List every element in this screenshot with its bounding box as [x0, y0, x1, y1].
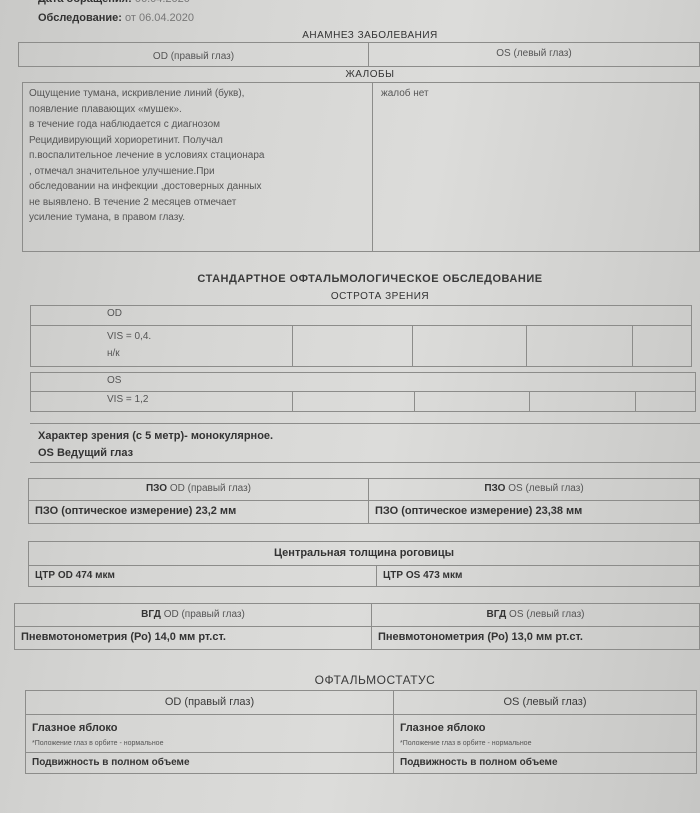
od-complaint-line: усиление тумана, в правом глазу.: [29, 210, 366, 226]
od-acuity-label: OD: [31, 306, 691, 325]
status-od-header: OD (правый глаз): [26, 691, 394, 714]
exam-date-line: Обследование: от 06.04.2020: [38, 12, 194, 24]
od-complaints-cell: Ощущение тумана, искривление линий (букв…: [23, 83, 373, 251]
anamnesis-od-header: OD (правый глаз): [19, 43, 369, 66]
iop-od-header-rest: OD (правый глаз): [164, 609, 245, 620]
os-acuity-table: OS VIS = 1,2: [30, 372, 696, 412]
axial-od-header-bold: ПЗО: [146, 483, 167, 494]
corneal-os-value: ЦТР OS 473 мкм: [377, 566, 699, 586]
visit-date-line: Дата обращения: 06.04.2020: [38, 0, 190, 5]
od-complaint-line: Ощущение тумана, искривление линий (букв…: [29, 86, 366, 102]
visit-date-label: Дата обращения:: [38, 0, 132, 5]
complaints-table: Ощущение тумана, искривление линий (букв…: [22, 82, 700, 252]
status-os-mobility: Подвижность в полном объеме: [394, 753, 696, 773]
iop-os-value: Пневмотонометрия (Ро) 13,0 мм рт.ст.: [372, 627, 699, 649]
anamnesis-title: АНАМНЕЗ ЗАБОЛЕВАНИЯ: [200, 30, 540, 41]
standard-exam-title: СТАНДАРТНОЕ ОФТАЛЬМОЛОГИЧЕСКОЕ ОБСЛЕДОВА…: [120, 273, 620, 285]
exam-date-value: от 06.04.2020: [125, 12, 194, 24]
od-complaint-line: п.воспалительное лечение в условиях стац…: [29, 148, 366, 164]
axial-od-header-rest: OD (правый глаз): [170, 483, 251, 494]
od-complaint-line: , отмечал значительное улучшение.При: [29, 164, 366, 180]
axial-os-header: ПЗО OS (левый глаз): [369, 479, 699, 500]
exam-date-label: Обследование:: [38, 12, 122, 24]
status-od-eyeball-cell: Глазное яблоко *Положение глаз в орбите …: [26, 715, 394, 752]
od-complaint-line: в течение года наблюдается с диагнозом: [29, 117, 366, 133]
os-acuity-empty-cell: [415, 392, 530, 411]
iop-os-header: ВГД OS (левый глаз): [372, 604, 699, 626]
od-acuity-empty-cell: [527, 326, 633, 366]
anamnesis-os-header: OS (левый глаз): [369, 43, 699, 66]
od-acuity-empty-cell: [293, 326, 413, 366]
status-os-header: OS (левый глаз): [394, 691, 696, 714]
od-acuity-value-cell: VIS = 0,4. н/к: [31, 326, 293, 366]
od-complaint-line: Рецидивирующий хориоретинит. Получал: [29, 133, 366, 149]
vision-character-block: Характер зрения (с 5 метр)- монокулярное…: [30, 423, 700, 463]
status-od-mobility: Подвижность в полном объеме: [26, 753, 394, 773]
iop-table: ВГД OD (правый глаз) ВГД OS (левый глаз)…: [14, 603, 700, 650]
axial-os-value: ПЗО (оптическое измерение) 23,38 мм: [369, 501, 699, 523]
od-acuity-empty-cell: [633, 326, 691, 366]
axial-od-header: ПЗО OD (правый глаз): [29, 479, 369, 500]
status-os-position-note: *Положение глаз в орбите - нормальное: [400, 736, 690, 752]
os-vis-value: VIS = 1,2: [31, 392, 293, 411]
iop-od-value: Пневмотонометрия (Ро) 14,0 мм рт.ст.: [15, 627, 372, 649]
od-acuity-table: OD VIS = 0,4. н/к: [30, 305, 692, 367]
os-acuity-label: OS: [31, 373, 695, 391]
od-complaint-line: обследовании на инфекции ,достоверных да…: [29, 179, 366, 195]
iop-od-header: ВГД OD (правый глаз): [15, 604, 372, 626]
os-acuity-empty-cell: [293, 392, 415, 411]
ophthalmostatus-table: OD (правый глаз) OS (левый глаз) Глазное…: [25, 690, 697, 774]
od-acuity-empty-cell: [413, 326, 527, 366]
od-vis-note: н/к: [107, 345, 286, 362]
od-vis-value: VIS = 0,4.: [107, 328, 286, 345]
axial-os-header-rest: OS (левый глаз): [508, 483, 583, 494]
leading-eye: OS Ведущий глаз: [38, 445, 692, 462]
iop-os-header-rest: OS (левый глаз): [509, 609, 584, 620]
corneal-od-value: ЦТР OD 474 мкм: [29, 566, 377, 586]
status-od-eyeball-label: Глазное яблоко: [32, 720, 387, 736]
axial-od-value: ПЗО (оптическое измерение) 23,2 мм: [29, 501, 369, 523]
iop-os-header-bold: ВГД: [487, 609, 507, 620]
axial-os-header-bold: ПЗО: [484, 483, 505, 494]
vision-character: Характер зрения (с 5 метр)- монокулярное…: [38, 428, 692, 445]
od-complaint-line: не выявлено. В течение 2 месяцев отмечае…: [29, 195, 366, 211]
acuity-title: ОСТРОТА ЗРЕНИЯ: [250, 291, 510, 302]
iop-od-header-bold: ВГД: [141, 609, 161, 620]
axial-length-table: ПЗО OD (правый глаз) ПЗО OS (левый глаз)…: [28, 478, 700, 524]
anamnesis-header-table: OD (правый глаз) OS (левый глаз): [18, 42, 700, 67]
od-complaint-line: появление плавающих «мушек».: [29, 102, 366, 118]
os-acuity-empty-cell: [530, 392, 636, 411]
visit-date-value: 06.04.2020: [135, 0, 190, 5]
status-os-eyeball-label: Глазное яблоко: [400, 720, 690, 736]
corneal-thickness-table: Центральная толщина роговицы ЦТР OD 474 …: [28, 541, 700, 587]
ophthalmostatus-title: ОФТАЛЬМОСТАТУС: [250, 673, 500, 687]
complaints-title: ЖАЛОБЫ: [250, 69, 490, 80]
corneal-thickness-title: Центральная толщина роговицы: [29, 542, 699, 565]
os-complaints-cell: жалоб нет: [373, 83, 699, 251]
status-od-position-note: *Положение глаз в орбите - нормальное: [32, 736, 387, 752]
os-acuity-empty-cell: [636, 392, 695, 411]
status-os-eyeball-cell: Глазное яблоко *Положение глаз в орбите …: [394, 715, 696, 752]
